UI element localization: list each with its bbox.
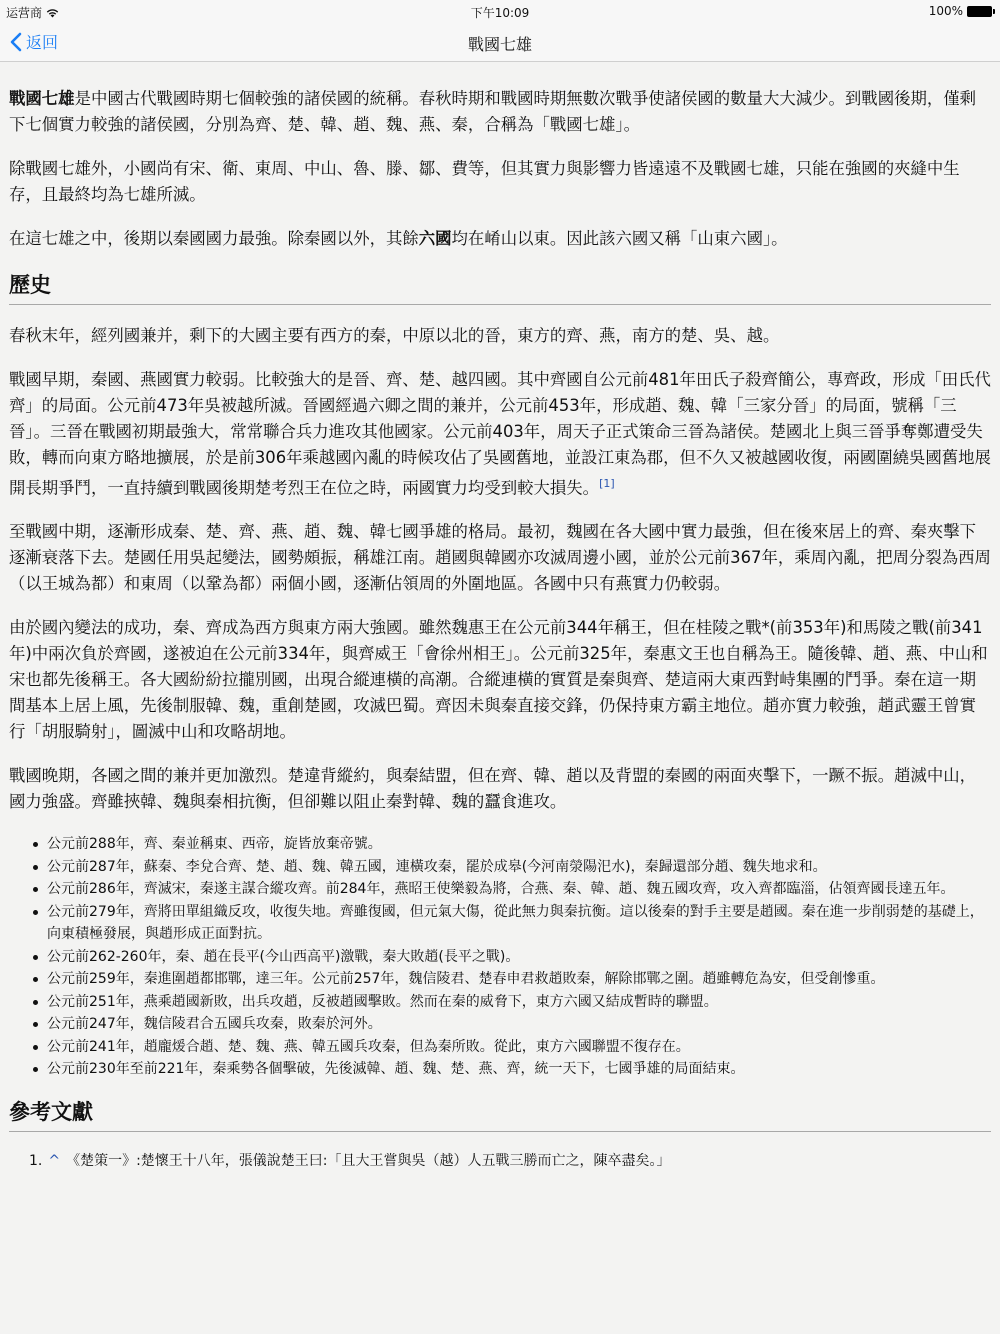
list-item: 公元前286年，齊滅宋，秦遂主謀合縱攻齊。前284年，燕昭王使樂毅為將，合燕、秦… <box>31 878 991 901</box>
page-title: 戰國七雄 <box>0 32 1000 55</box>
history-paragraph: 戰國早期，秦國、燕國實力較弱。比較強大的是晉、齊、楚、越四國。其中齊國自公元前4… <box>9 367 991 501</box>
clock: 下午10:09 <box>0 4 1000 21</box>
intro-paragraph-3: 在這七雄之中，後期以秦國國力最強。除秦國以外，其餘六國均在崤山以東。因此該六國又… <box>9 226 991 252</box>
list-item: 公元前279年，齊將田單組織反攻，收復失地。齊雖復國，但元氣大傷，從此無力與秦抗… <box>31 901 991 946</box>
article-subject: 戰國七雄 <box>9 89 75 108</box>
footnote-link[interactable]: [1] <box>599 477 615 490</box>
list-item: 公元前287年，蘇秦、李兌合齊、楚、趙、魏、韓五國，連橫攻秦，罷於成皋(今河南滎… <box>31 856 991 879</box>
intro-paragraph-2: 除戰國七雄外，小國尚有宋、衛、東周、中山、魯、滕、鄒、費等，但其實力與影響力皆遠… <box>9 156 991 208</box>
battery-percent: 100% <box>929 4 963 18</box>
list-item: 公元前259年，秦進圍趙都邯鄲，達三年。公元前257年，魏信陵君、楚春申君救趙敗… <box>31 968 991 991</box>
intro-paragraph-1: 戰國七雄是中國古代戰國時期七個較強的諸侯國的統稱。春秋時期和戰國時期無數次戰爭使… <box>9 86 991 138</box>
navigation-bar: 返回 戰國七雄 <box>0 22 1000 62</box>
history-paragraph: 由於國內變法的成功，秦、齊成為西方與東方兩大強國。雖然魏惠王在公元前344年稱王… <box>9 615 991 745</box>
history-text: 戰國早期，秦國、燕國實力較弱。比較強大的是晉、齊、楚、越四國。其中齊國自公元前4… <box>9 370 991 497</box>
list-item: 公元前230年至前221年，秦乘勢各個擊破，先後滅韓、趙、魏、楚、燕、齊，統一天… <box>31 1058 991 1081</box>
list-item: 公元前247年，魏信陵君合五國兵攻秦，敗秦於河外。 <box>31 1013 991 1036</box>
events-list: 公元前288年，齊、秦並稱東、西帝，旋皆放棄帝號。 公元前287年，蘇秦、李兌合… <box>31 833 991 1081</box>
list-item: 公元前251年，燕乘趙國新敗，出兵攻趙，反被趙國擊敗。然而在秦的威脅下，東方六國… <box>31 991 991 1014</box>
section-heading-history: 歷史 <box>9 270 991 305</box>
list-item: 公元前262-260年，秦、趙在長平(今山西高平)激戰，秦大敗趙(長平之戰)。 <box>31 946 991 969</box>
reference-number: 1. <box>29 1150 42 1172</box>
intro-text: 均在崤山以東。因此該六國又稱「山東六國」。 <box>452 229 788 248</box>
reference-text: 《楚策一》:楚懷王十八年，張儀說楚王曰:「且大王嘗與吳（越）人五戰三勝而亡之，陳… <box>66 1150 670 1172</box>
backlink-caret[interactable]: ^ <box>48 1150 60 1172</box>
article-content: 戰國七雄是中國古代戰國時期七個較強的諸侯國的統稱。春秋時期和戰國時期無數次戰爭使… <box>0 62 1000 1172</box>
references-list: 1. ^ 《楚策一》:楚懷王十八年，張儀說楚王曰:「且大王嘗與吳（越）人五戰三勝… <box>29 1150 991 1172</box>
battery-indicator: 100% <box>929 4 992 18</box>
section-heading-references: 參考文獻 <box>9 1097 991 1132</box>
intro-text: 是中國古代戰國時期七個較強的諸侯國的統稱。春秋時期和戰國時期無數次戰爭使諸侯國的… <box>9 89 976 134</box>
list-item: 公元前241年，趙龐煖合趙、楚、魏、燕、韓五國兵攻秦，但為秦所敗。從此，東方六國… <box>31 1036 991 1059</box>
intro-text: 在這七雄之中，後期以秦國國力最強。除秦國以外，其餘 <box>9 229 419 248</box>
history-paragraph: 戰國晚期，各國之間的兼并更加激烈。楚違背縱約，與秦結盟，但在齊、韓、趙以及背盟的… <box>9 763 991 815</box>
status-bar: 运营商 下午10:09 100% <box>0 0 1000 22</box>
battery-icon <box>967 6 992 17</box>
history-paragraph: 春秋末年，經列國兼并，剩下的大國主要有西方的秦，中原以北的晉，東方的齊、燕，南方… <box>9 323 991 349</box>
bold-term: 六國 <box>419 229 452 248</box>
reference-item: 1. ^ 《楚策一》:楚懷王十八年，張儀說楚王曰:「且大王嘗與吳（越）人五戰三勝… <box>29 1150 991 1172</box>
list-item: 公元前288年，齊、秦並稱東、西帝，旋皆放棄帝號。 <box>31 833 991 856</box>
history-paragraph: 至戰國中期，逐漸形成秦、楚、齊、燕、趙、魏、韓七國爭雄的格局。最初，魏國在各大國… <box>9 519 991 597</box>
